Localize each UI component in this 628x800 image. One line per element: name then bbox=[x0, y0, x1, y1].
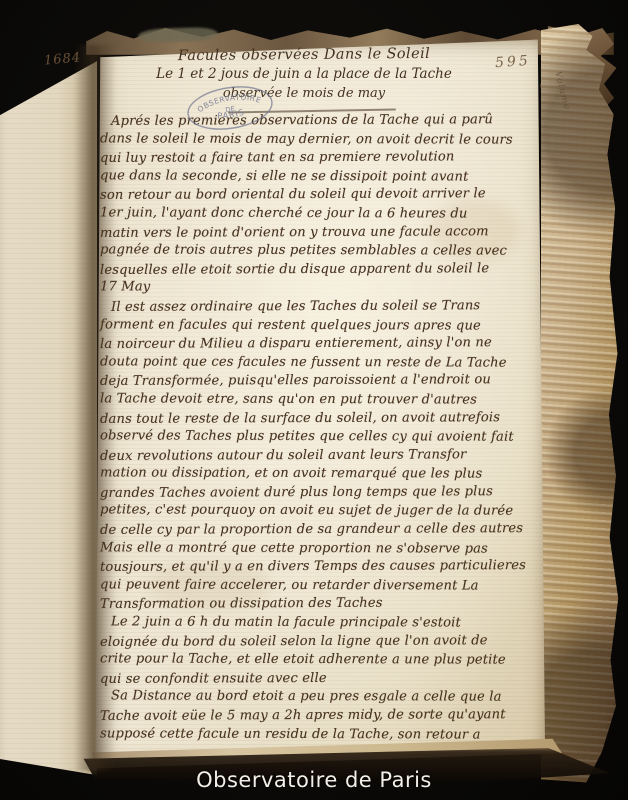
title-line: Facules observées Dans le Soleil bbox=[124, 44, 484, 66]
ink-layer: 1684 595 Facules observées Dans le Solei… bbox=[0, 0, 628, 800]
manuscript-line: son retour au bord oriental du soleil qu… bbox=[100, 185, 528, 205]
manuscript-line: crite pour la Tache, et elle etoit adher… bbox=[100, 651, 528, 671]
manuscript-line: qui luy restoit a faire tant en sa premi… bbox=[100, 148, 528, 168]
manuscript-line: dans tout le reste de la surface du sole… bbox=[100, 409, 528, 429]
manuscript-line: deja Transformée, puisqu'elles paroissoi… bbox=[100, 371, 528, 391]
manuscript-line: 1er juin, l'ayant donc cherché ce jour l… bbox=[100, 204, 528, 224]
manuscript-line: Tache avoit eüe le 5 may a 2h apres midy… bbox=[100, 706, 528, 726]
manuscript-line: petites, c'est pourquoy on avoit eu suje… bbox=[100, 502, 528, 522]
manuscript-line: deux revolutions autour du soleil avant … bbox=[100, 446, 528, 466]
manuscript-line: 17 May bbox=[100, 279, 528, 299]
manuscript-line: matin vers le point d'orient on y trouva… bbox=[100, 223, 528, 243]
manuscript-line: douta point que ces facules ne fussent u… bbox=[100, 353, 528, 373]
manuscript-line: Transformation ou dissipation des Taches bbox=[100, 595, 528, 615]
fore-edge-note: Volume bbox=[552, 71, 571, 112]
manuscript-line: la noirceur du Milieu a disparu entierem… bbox=[100, 334, 528, 354]
manuscript-line: de celle cy par la proportion de sa gran… bbox=[100, 520, 528, 540]
manuscript-line: Mais elle a montré que cette proportion … bbox=[100, 539, 528, 559]
manuscript-photograph: 1684 595 Facules observées Dans le Solei… bbox=[0, 0, 628, 800]
manuscript-line: eloignée du bord du soleil selon la lign… bbox=[100, 632, 528, 652]
manuscript-line: Il est assez ordinaire que les Taches du… bbox=[100, 297, 528, 317]
manuscript-line: dans le soleil le mois de may dernier, o… bbox=[100, 130, 528, 150]
page-number: 595 bbox=[494, 53, 531, 71]
title-line: observée le mois de may bbox=[124, 84, 484, 103]
manuscript-line: la Tache devoit etre, sans qu'on en put … bbox=[100, 390, 528, 410]
title-line: Le 1 et 2 jous de juin a la place de la … bbox=[124, 65, 484, 84]
manuscript-line: lesquelles elle etoit sortie du disque a… bbox=[100, 260, 528, 280]
manuscript-line: forment en facules qui restent quelques … bbox=[100, 316, 528, 336]
year-marginalia: 1684 bbox=[43, 50, 81, 68]
manuscript-body: Aprés les premieres observations de la T… bbox=[100, 112, 528, 744]
manuscript-line: pagnée de trois autres plus petites semb… bbox=[100, 241, 528, 261]
manuscript-line: tousjours, et qu'il y a en divers Temps … bbox=[100, 557, 528, 577]
manuscript-line: grandes Taches avoient duré plus long te… bbox=[100, 483, 528, 503]
manuscript-line: mation ou dissipation, et on avoit remar… bbox=[100, 465, 528, 485]
manuscript-line: Sa Distance au bord etoit a peu pres esg… bbox=[100, 688, 528, 708]
manuscript-line: qui se confondit ensuite avec elle bbox=[100, 669, 528, 689]
manuscript-line: qui peuvent faire accelerer, ou retarder… bbox=[100, 576, 528, 596]
manuscript-line: Le 2 juin a 6 h du matin la facule princ… bbox=[100, 613, 528, 633]
manuscript-title: Facules observées Dans le Soleil Le 1 et… bbox=[124, 46, 484, 103]
manuscript-line: observé des Taches plus petites que cell… bbox=[100, 427, 528, 447]
photo-caption: Observatoire de Paris bbox=[0, 760, 628, 800]
manuscript-line: Aprés les premieres observations de la T… bbox=[100, 111, 528, 131]
manuscript-line: supposé cette facule un residu de la Tac… bbox=[100, 725, 528, 745]
manuscript-line: que dans la seconde, si elle ne se dissi… bbox=[100, 167, 528, 187]
